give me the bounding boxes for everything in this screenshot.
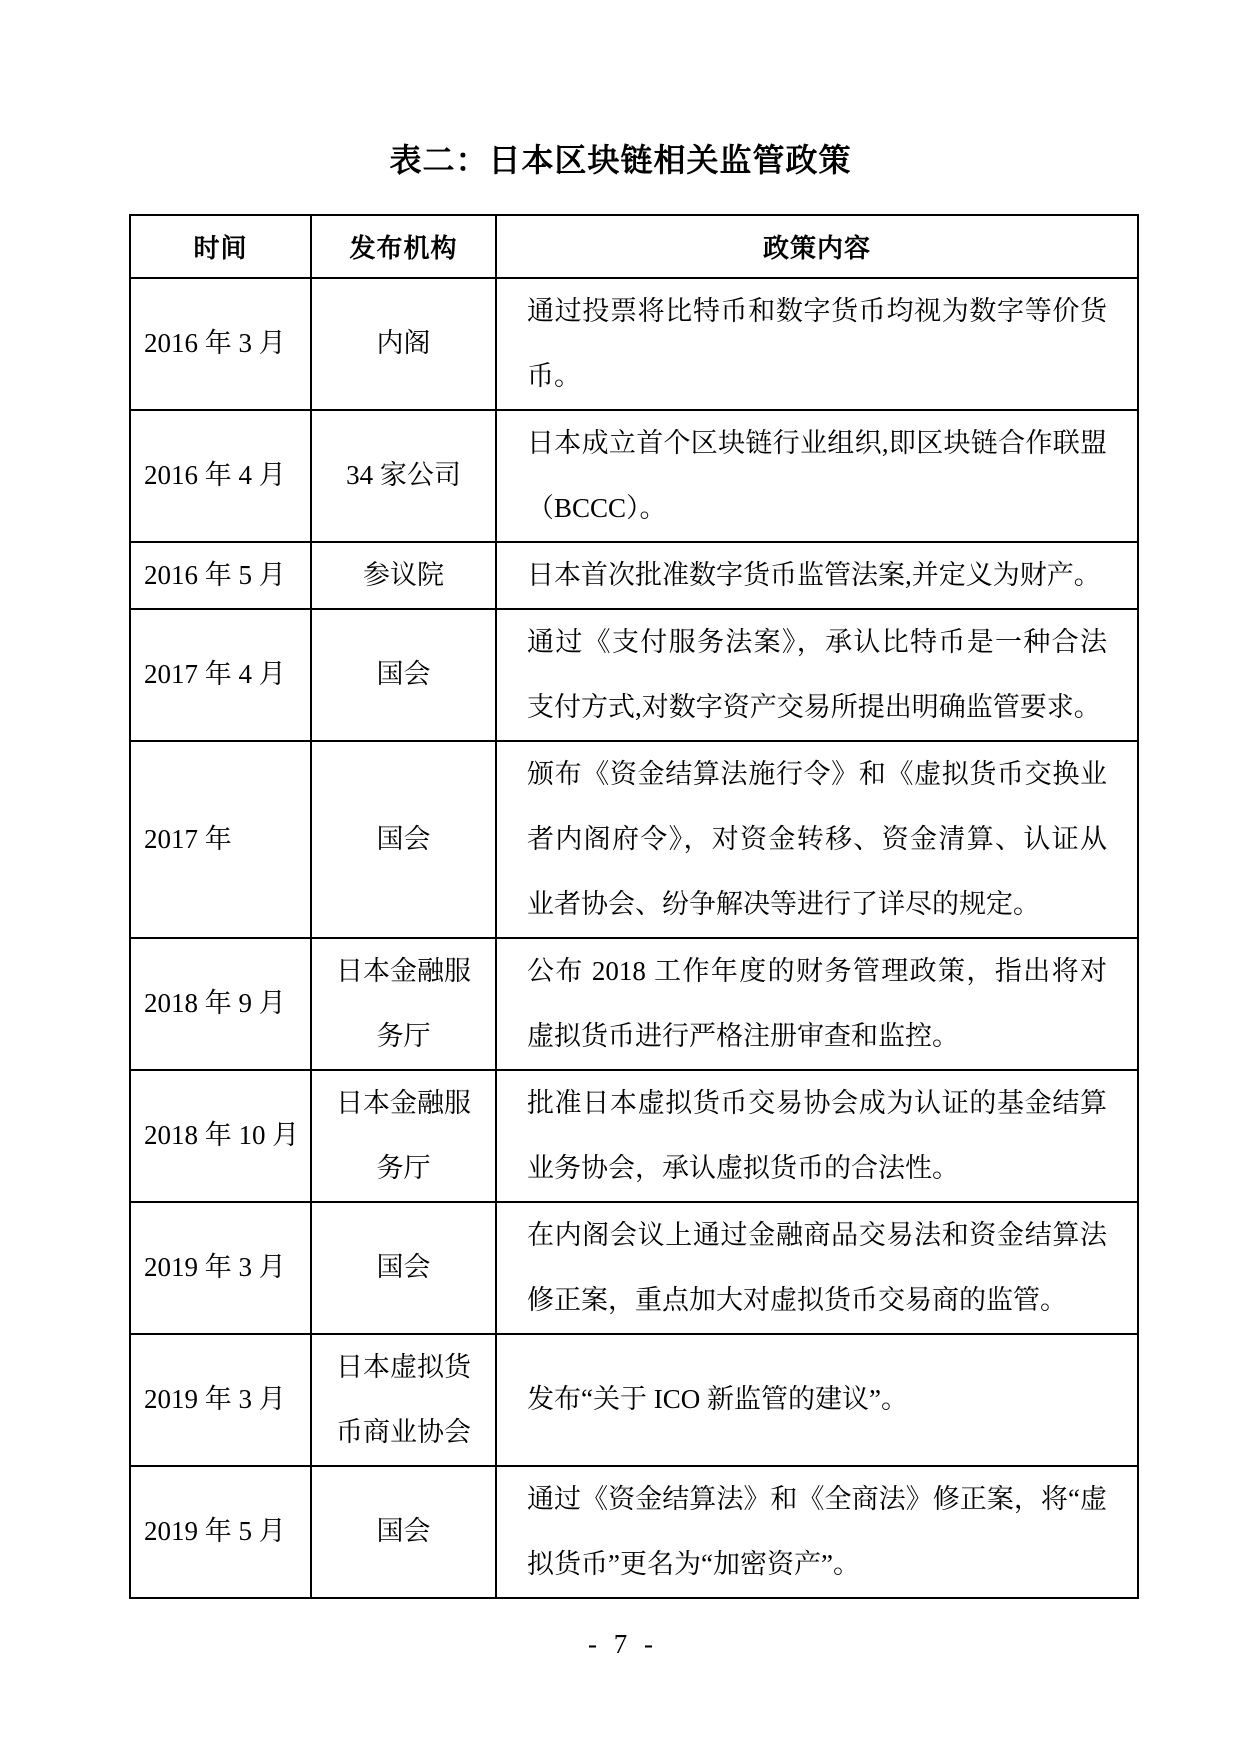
org-cell: 34 家公司 <box>311 410 496 542</box>
time-cell: 2019 年 3 月 <box>130 1334 311 1466</box>
time-cell: 2017 年 4 月 <box>130 609 311 741</box>
org-cell: 国会 <box>311 741 496 938</box>
org-cell: 国会 <box>311 1466 496 1598</box>
table-row: 2019 年 5 月 国会 通过《资金结算法》和《全商法》修正案，将“虚拟货币”… <box>130 1466 1138 1598</box>
policy-cell: 日本成立首个区块链行业组织,即区块链合作联盟（BCCC）。 <box>496 410 1138 542</box>
table-title: 表二：日本区块链相关监管政策 <box>0 140 1241 182</box>
table-row: 2018 年 10 月 日本金融服务厅 批准日本虚拟货币交易协会成为认证的基金结… <box>130 1070 1138 1202</box>
org-cell: 国会 <box>311 1202 496 1334</box>
org-cell: 日本虚拟货币商业协会 <box>311 1334 496 1466</box>
policy-cell: 颁布《资金结算法施行令》和《虚拟货币交换业者内阁府令》，对资金转移、资金清算、认… <box>496 741 1138 938</box>
policy-cell: 公布 2018 工作年度的财务管理政策，指出将对虚拟货币进行严格注册审查和监控。 <box>496 938 1138 1070</box>
policy-cell: 日本首次批准数字货币监管法案,并定义为财产。 <box>496 542 1138 609</box>
time-cell: 2019 年 3 月 <box>130 1202 311 1334</box>
time-cell: 2019 年 5 月 <box>130 1466 311 1598</box>
table-row: 2019 年 3 月 日本虚拟货币商业协会 发布“关于 ICO 新监管的建议”。 <box>130 1334 1138 1466</box>
policy-cell: 在内阁会议上通过金融商品交易法和资金结算法修正案，重点加大对虚拟货币交易商的监管… <box>496 1202 1138 1334</box>
table-row: 2018 年 9 月 日本金融服务厅 公布 2018 工作年度的财务管理政策，指… <box>130 938 1138 1070</box>
time-cell: 2018 年 9 月 <box>130 938 311 1070</box>
page-number: - 7 - <box>0 1629 1241 1660</box>
table-row: 2019 年 3 月 国会 在内阁会议上通过金融商品交易法和资金结算法修正案，重… <box>130 1202 1138 1334</box>
policy-cell: 批准日本虚拟货币交易协会成为认证的基金结算业务协会，承认虚拟货币的合法性。 <box>496 1070 1138 1202</box>
column-header-time: 时间 <box>130 215 311 278</box>
org-cell: 内阁 <box>311 278 496 410</box>
time-cell: 2018 年 10 月 <box>130 1070 311 1202</box>
column-header-org: 发布机构 <box>311 215 496 278</box>
org-cell: 国会 <box>311 609 496 741</box>
policy-cell: 通过投票将比特币和数字货币均视为数字等价货币。 <box>496 278 1138 410</box>
time-cell: 2016 年 3 月 <box>130 278 311 410</box>
table-row: 2016 年 4 月 34 家公司 日本成立首个区块链行业组织,即区块链合作联盟… <box>130 410 1138 542</box>
org-cell: 参议院 <box>311 542 496 609</box>
header-row: 时间 发布机构 政策内容 <box>130 215 1138 278</box>
policy-cell: 发布“关于 ICO 新监管的建议”。 <box>496 1334 1138 1466</box>
policy-cell: 通过《资金结算法》和《全商法》修正案，将“虚拟货币”更名为“加密资产”。 <box>496 1466 1138 1598</box>
time-cell: 2016 年 5 月 <box>130 542 311 609</box>
org-cell: 日本金融服务厅 <box>311 938 496 1070</box>
org-cell: 日本金融服务厅 <box>311 1070 496 1202</box>
table-row: 2017 年 4 月 国会 通过《支付服务法案》，承认比特币是一种合法支付方式,… <box>130 609 1138 741</box>
table-row: 2016 年 5 月 参议院 日本首次批准数字货币监管法案,并定义为财产。 <box>130 542 1138 609</box>
policy-cell: 通过《支付服务法案》，承认比特币是一种合法支付方式,对数字资产交易所提出明确监管… <box>496 609 1138 741</box>
policy-table: 时间 发布机构 政策内容 2016 年 3 月 内阁 通过投票将比特币和数字货币… <box>129 214 1139 1599</box>
table-row: 2017 年 国会 颁布《资金结算法施行令》和《虚拟货币交换业者内阁府令》，对资… <box>130 741 1138 938</box>
column-header-policy: 政策内容 <box>496 215 1138 278</box>
document-page: 表二：日本区块链相关监管政策 时间 发布机构 政策内容 2016 年 3 月 内… <box>0 0 1241 1754</box>
table-row: 2016 年 3 月 内阁 通过投票将比特币和数字货币均视为数字等价货币。 <box>130 278 1138 410</box>
time-cell: 2017 年 <box>130 741 311 938</box>
time-cell: 2016 年 4 月 <box>130 410 311 542</box>
